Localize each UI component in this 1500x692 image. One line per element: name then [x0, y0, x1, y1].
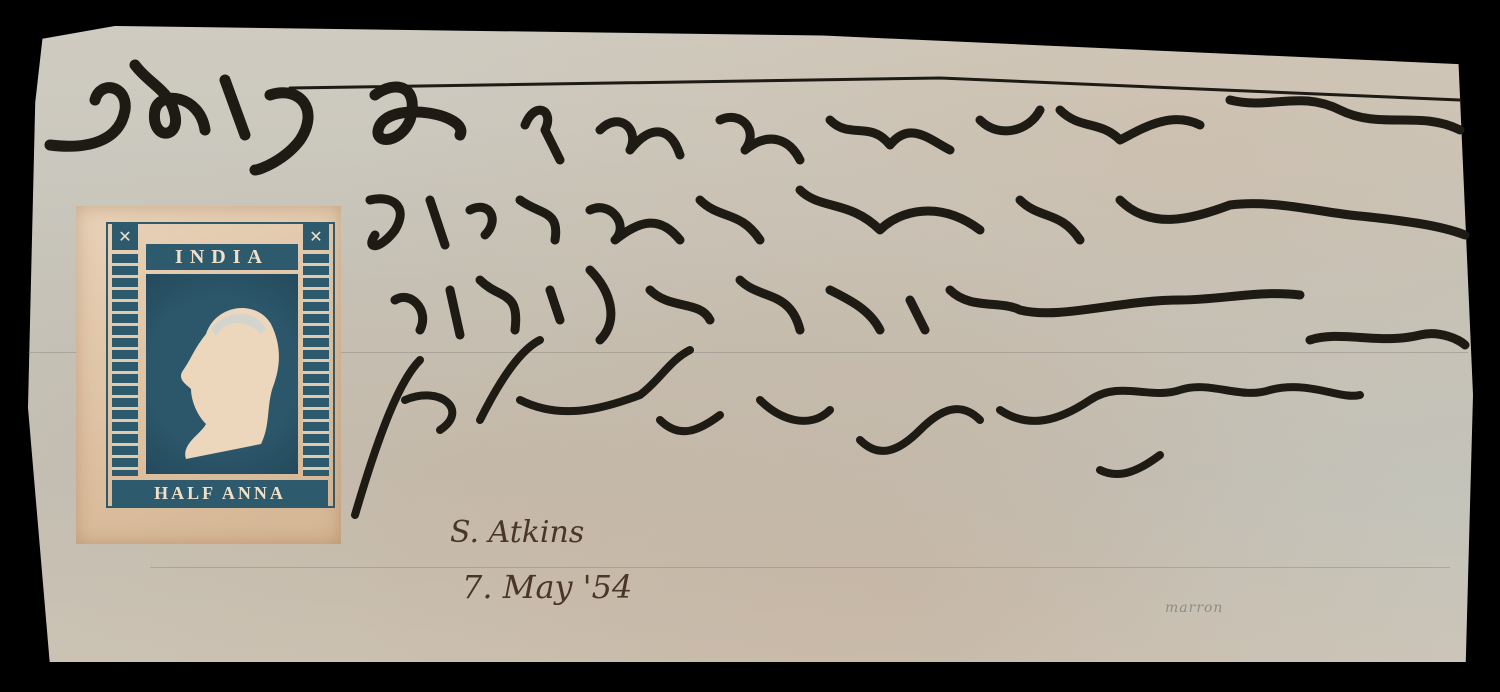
signature-annotation: S. Atkins	[450, 515, 584, 550]
stamp-side-ornament	[112, 254, 138, 476]
postage-stamp: ✕ ✕ INDIA HALF ANNA	[76, 206, 341, 544]
stamp-portrait	[146, 274, 298, 474]
stamp-frame: ✕ ✕ INDIA HALF ANNA	[106, 222, 335, 508]
stamp-corner-ornament-icon: ✕	[112, 224, 138, 250]
stamp-value-label: HALF ANNA	[112, 480, 328, 506]
queen-victoria-profile-icon	[146, 274, 298, 474]
strike-through-line	[290, 78, 1460, 100]
stamp-country-label: INDIA	[146, 244, 298, 270]
date-annotation: 7. May '54	[462, 568, 632, 606]
pencil-note: marron	[1165, 600, 1223, 616]
stamp-corner-ornament-icon: ✕	[303, 224, 329, 250]
stamp-side-ornament	[303, 254, 329, 476]
